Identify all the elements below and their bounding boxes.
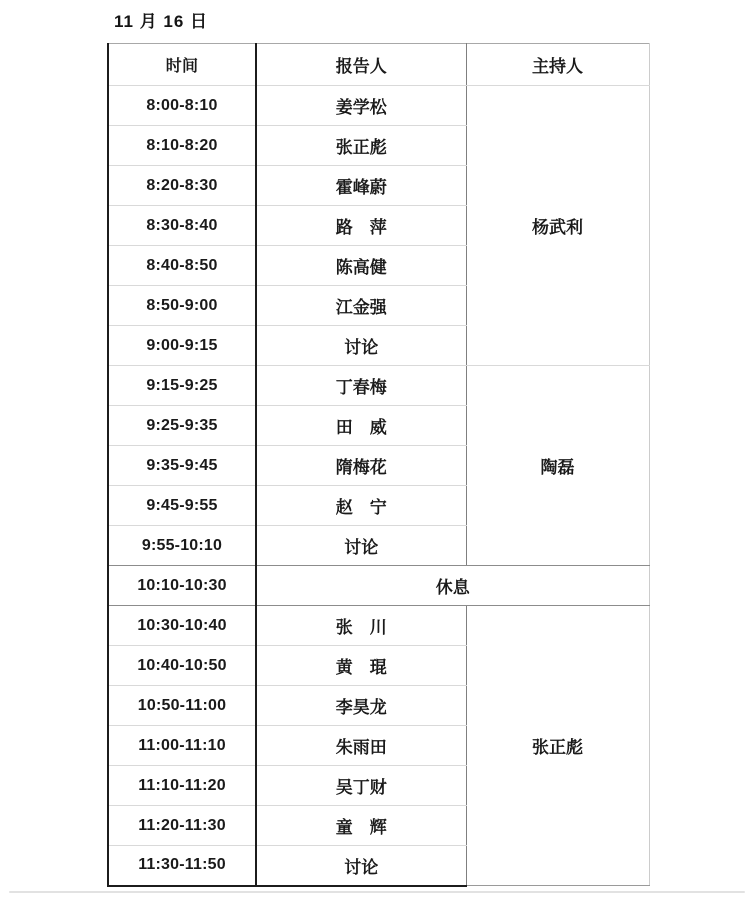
header-row: 时间 报告人 主持人 xyxy=(108,44,649,86)
time-cell: 8:10-8:20 xyxy=(108,126,256,166)
time-cell: 8:20-8:30 xyxy=(108,166,256,206)
presenter-cell: 路 萍 xyxy=(256,206,466,246)
time-cell: 10:40-10:50 xyxy=(108,646,256,686)
presenter-cell: 陈高健 xyxy=(256,246,466,286)
host-cell: 张正彪 xyxy=(466,606,649,886)
time-cell: 10:10-10:30 xyxy=(108,566,256,606)
presenter-cell: 朱雨田 xyxy=(256,726,466,766)
time-cell: 9:15-9:25 xyxy=(108,366,256,406)
presenter-cell: 霍峰蔚 xyxy=(256,166,466,206)
presenter-cell: 吴丁财 xyxy=(256,766,466,806)
page-title: 11 月 16 日 xyxy=(114,7,208,32)
document-page: 11 月 16 日 时间 报告人 主持人 8:00-8:10姜学松杨武利8:10… xyxy=(0,0,751,900)
time-cell: 8:40-8:50 xyxy=(108,246,256,286)
presenter-cell: 江金强 xyxy=(256,286,466,326)
time-cell: 9:00-9:15 xyxy=(108,326,256,366)
schedule-table-body: 8:00-8:10姜学松杨武利8:10-8:20张正彪8:20-8:30霍峰蔚8… xyxy=(108,86,649,886)
presenter-cell: 黄 琨 xyxy=(256,646,466,686)
time-cell: 8:00-8:10 xyxy=(108,86,256,126)
presenter-cell: 张正彪 xyxy=(256,126,466,166)
page-bottom-edge xyxy=(9,891,745,893)
table-row: 9:15-9:25丁春梅陶磊 xyxy=(108,366,649,406)
presenter-cell: 张 川 xyxy=(256,606,466,646)
presenter-cell: 李昊龙 xyxy=(256,686,466,726)
presenter-cell: 讨论 xyxy=(256,526,466,566)
presenter-cell: 讨论 xyxy=(256,846,466,886)
table-row: 10:30-10:40张 川张正彪 xyxy=(108,606,649,646)
host-cell: 杨武利 xyxy=(466,86,649,366)
time-cell: 10:50-11:00 xyxy=(108,686,256,726)
time-cell: 11:10-11:20 xyxy=(108,766,256,806)
time-cell: 10:30-10:40 xyxy=(108,606,256,646)
table-row: 8:00-8:10姜学松杨武利 xyxy=(108,86,649,126)
presenter-cell: 赵 宁 xyxy=(256,486,466,526)
time-cell: 9:45-9:55 xyxy=(108,486,256,526)
header-host: 主持人 xyxy=(466,44,649,86)
time-cell: 8:30-8:40 xyxy=(108,206,256,246)
time-cell: 9:35-9:45 xyxy=(108,446,256,486)
presenter-cell: 丁春梅 xyxy=(256,366,466,406)
presenter-cell: 姜学松 xyxy=(256,86,466,126)
header-time: 时间 xyxy=(108,44,256,86)
time-cell: 9:25-9:35 xyxy=(108,406,256,446)
break-row: 10:10-10:30休息 xyxy=(108,566,649,606)
time-cell: 11:30-11:50 xyxy=(108,846,256,886)
presenter-cell: 隋梅花 xyxy=(256,446,466,486)
presenter-cell: 田 威 xyxy=(256,406,466,446)
presenter-cell: 童 辉 xyxy=(256,806,466,846)
schedule-table: 时间 报告人 主持人 8:00-8:10姜学松杨武利8:10-8:20张正彪8:… xyxy=(107,43,650,887)
break-cell: 休息 xyxy=(256,566,649,606)
time-cell: 8:50-9:00 xyxy=(108,286,256,326)
time-cell: 11:00-11:10 xyxy=(108,726,256,766)
host-cell: 陶磊 xyxy=(466,366,649,566)
presenter-cell: 讨论 xyxy=(256,326,466,366)
time-cell: 11:20-11:30 xyxy=(108,806,256,846)
time-cell: 9:55-10:10 xyxy=(108,526,256,566)
header-presenter: 报告人 xyxy=(256,44,466,86)
